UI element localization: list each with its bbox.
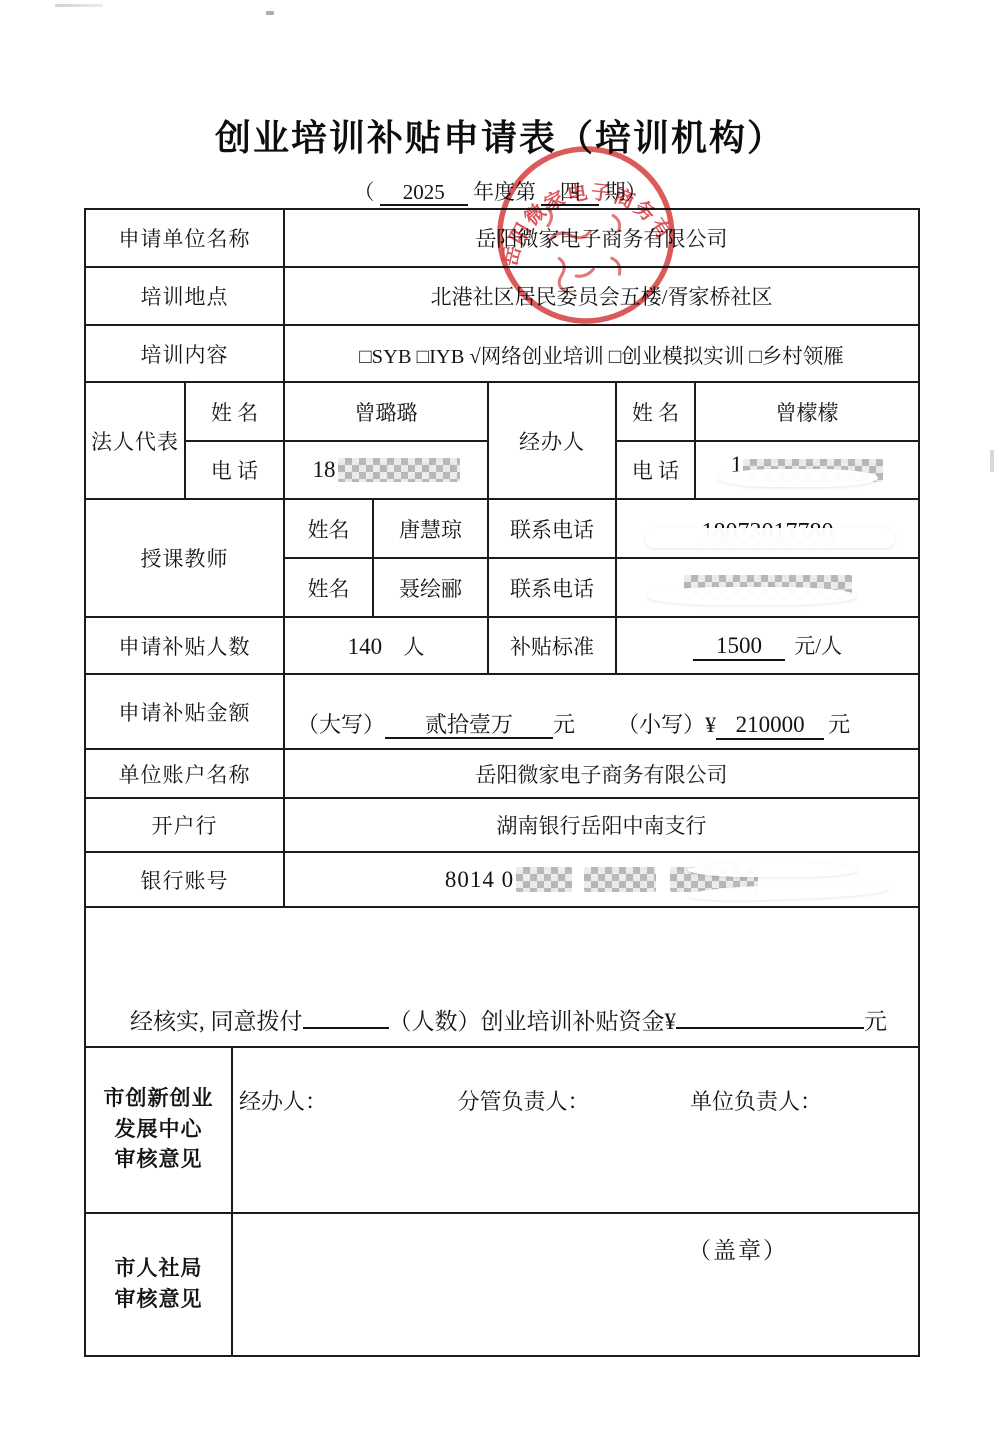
approval-note-line1-c: 元: [864, 1009, 887, 1034]
subsidy-standard-value: 1500 元/人: [616, 617, 919, 674]
amount-daxie-label: （大写）: [297, 708, 385, 739]
redaction-mosaic: [338, 458, 460, 482]
redaction-mosaic: [584, 867, 656, 892]
redaction-mosaic: [670, 867, 758, 892]
teacher1-phone-value: 18073017780: [616, 499, 919, 558]
legal-rep-label: 法人代表: [85, 382, 185, 499]
account-number-label: 银行账号: [85, 852, 284, 907]
subsidy-standard-amount: 1500: [693, 633, 785, 661]
approval-note-line1-b: （人数）创业培训补贴资金¥: [389, 1009, 677, 1034]
subsidy-amount-value: （大写） 贰拾壹万 元 （小写）¥ 210000 元: [284, 674, 919, 749]
subtitle-term: 四: [541, 180, 599, 206]
training-location-label: 培训地点: [85, 267, 284, 325]
account-name-label: 单位账户名称: [85, 749, 284, 798]
unit-name-label: 申请单位名称: [85, 209, 284, 267]
subtitle-line: （ 2025 年度第 四 期）: [0, 176, 1000, 206]
amount-xiaoxie-value: 210000: [716, 712, 824, 740]
agent-label: 经办人: [488, 382, 616, 499]
bank-label: 开户行: [85, 798, 284, 852]
legal-rep-phone-prefix: 18: [313, 457, 336, 483]
agent-phone-label: 电 话: [616, 441, 695, 499]
legal-rep-phone-value: 18: [284, 441, 488, 499]
agent-name-value: 曾檬檬: [695, 382, 919, 441]
innovation-center-opinion-cell: 经办人： 分管负责人： 单位负责人：: [232, 1047, 919, 1213]
scan-artifact: [55, 4, 103, 7]
account-name-value: 岳阳微家电子商务有限公司: [284, 749, 919, 798]
agent-name-label: 姓 名: [616, 382, 695, 441]
blank-amount: [676, 1027, 864, 1029]
innovation-center-opinion-label: 市创新创业 发展中心 审核意见: [85, 1047, 232, 1213]
subsidy-standard-unit: 元/人: [794, 634, 842, 658]
account-number-value: 8014 0: [284, 852, 919, 907]
signer-unit-head: 单位负责人：: [690, 1089, 822, 1114]
amount-daxie-value: 贰拾壹万: [385, 712, 553, 739]
subtitle-year: 2025: [380, 180, 468, 206]
teacher2-phone-value: [616, 558, 919, 617]
amount-xiaoxie-label: （小写）¥: [617, 708, 716, 739]
teacher2-name-label: 姓名: [284, 558, 373, 617]
teacher2-name-value: 聂绘郦: [373, 558, 488, 617]
bank-value: 湖南银行岳阳中南支行: [284, 798, 919, 852]
applicants-count: 140: [348, 634, 383, 659]
blank-count: [303, 1027, 389, 1029]
training-content-label: 培训内容: [85, 325, 284, 382]
seal-placeholder: （盖章）: [688, 1232, 788, 1265]
approval-note-line1-a: 经核实, 同意拨付: [130, 1009, 303, 1034]
hr-bureau-opinion-cell: （盖章）: [232, 1213, 919, 1356]
redaction-mosaic: [699, 535, 837, 546]
teacher1-phone-label: 联系电话: [488, 499, 616, 558]
teacher1-name-value: 唐慧琼: [373, 499, 488, 558]
scan-artifact: [266, 11, 274, 15]
legal-rep-phone-label: 电 话: [185, 441, 284, 499]
applicants-unit: 人: [403, 635, 424, 659]
application-form-table: 申请单位名称 岳阳微家电子商务有限公司 培训地点 北港社区居民委员会五楼/胥家桥…: [84, 208, 920, 1357]
training-location-value: 北港社区居民委员会五楼/胥家桥社区: [284, 267, 919, 325]
redaction-mosaic: [743, 459, 883, 482]
signer-agent: 经办人：: [239, 1089, 327, 1114]
agent-phone-prefix: 1: [731, 452, 743, 478]
agent-phone-value: 1: [695, 441, 919, 499]
applicants-value: 140 人: [284, 617, 488, 674]
scanned-form-page: 创业培训补贴申请表（培训机构） （ 2025 年度第 四 期） 岳阳微家电子商务…: [0, 0, 1000, 1442]
subtitle-mid: 年度第: [473, 180, 536, 204]
subsidy-amount-label: 申请补贴金额: [85, 674, 284, 749]
subsidy-standard-label: 补贴标准: [488, 617, 616, 674]
account-number-prefix: 8014 0: [445, 867, 514, 893]
hr-bureau-opinion-label: 市人社局 审核意见: [85, 1213, 232, 1356]
applicants-label: 申请补贴人数: [85, 617, 284, 674]
page-title: 创业培训补贴申请表（培训机构）: [0, 110, 1000, 161]
signer-line: 经办人： 分管负责人： 单位负责人：: [239, 1085, 822, 1116]
subtitle-close: 期）: [605, 180, 647, 204]
training-content-value: □SYB □IYB √网络创业培训 □创业模拟实训 □乡村领雁: [284, 325, 919, 382]
legal-rep-name-label: 姓 名: [185, 382, 284, 441]
teachers-label: 授课教师: [85, 499, 284, 617]
subtitle-open: （: [354, 180, 375, 204]
teacher1-name-label: 姓名: [284, 499, 373, 558]
redaction-mosaic: [684, 575, 852, 600]
teacher1-phone-digits: 18073017780: [702, 517, 834, 535]
scan-artifact: [990, 450, 994, 472]
signer-supervisor: 分管负责人：: [458, 1089, 590, 1114]
teacher2-phone-label: 联系电话: [488, 558, 616, 617]
legal-rep-name-value: 曾璐璐: [284, 382, 488, 441]
amount-yuan1: 元: [553, 708, 575, 739]
unit-name-value: 岳阳微家电子商务有限公司: [284, 209, 919, 267]
approval-note-line1: 经核实, 同意拨付（人数）创业培训补贴资金¥元: [96, 1003, 906, 1036]
amount-yuan2: 元: [828, 708, 850, 739]
approval-note-cell: 经核实, 同意拨付（人数）创业培训补贴资金¥元 （大写）元。: [85, 907, 919, 1047]
redaction-mosaic: [516, 867, 572, 892]
